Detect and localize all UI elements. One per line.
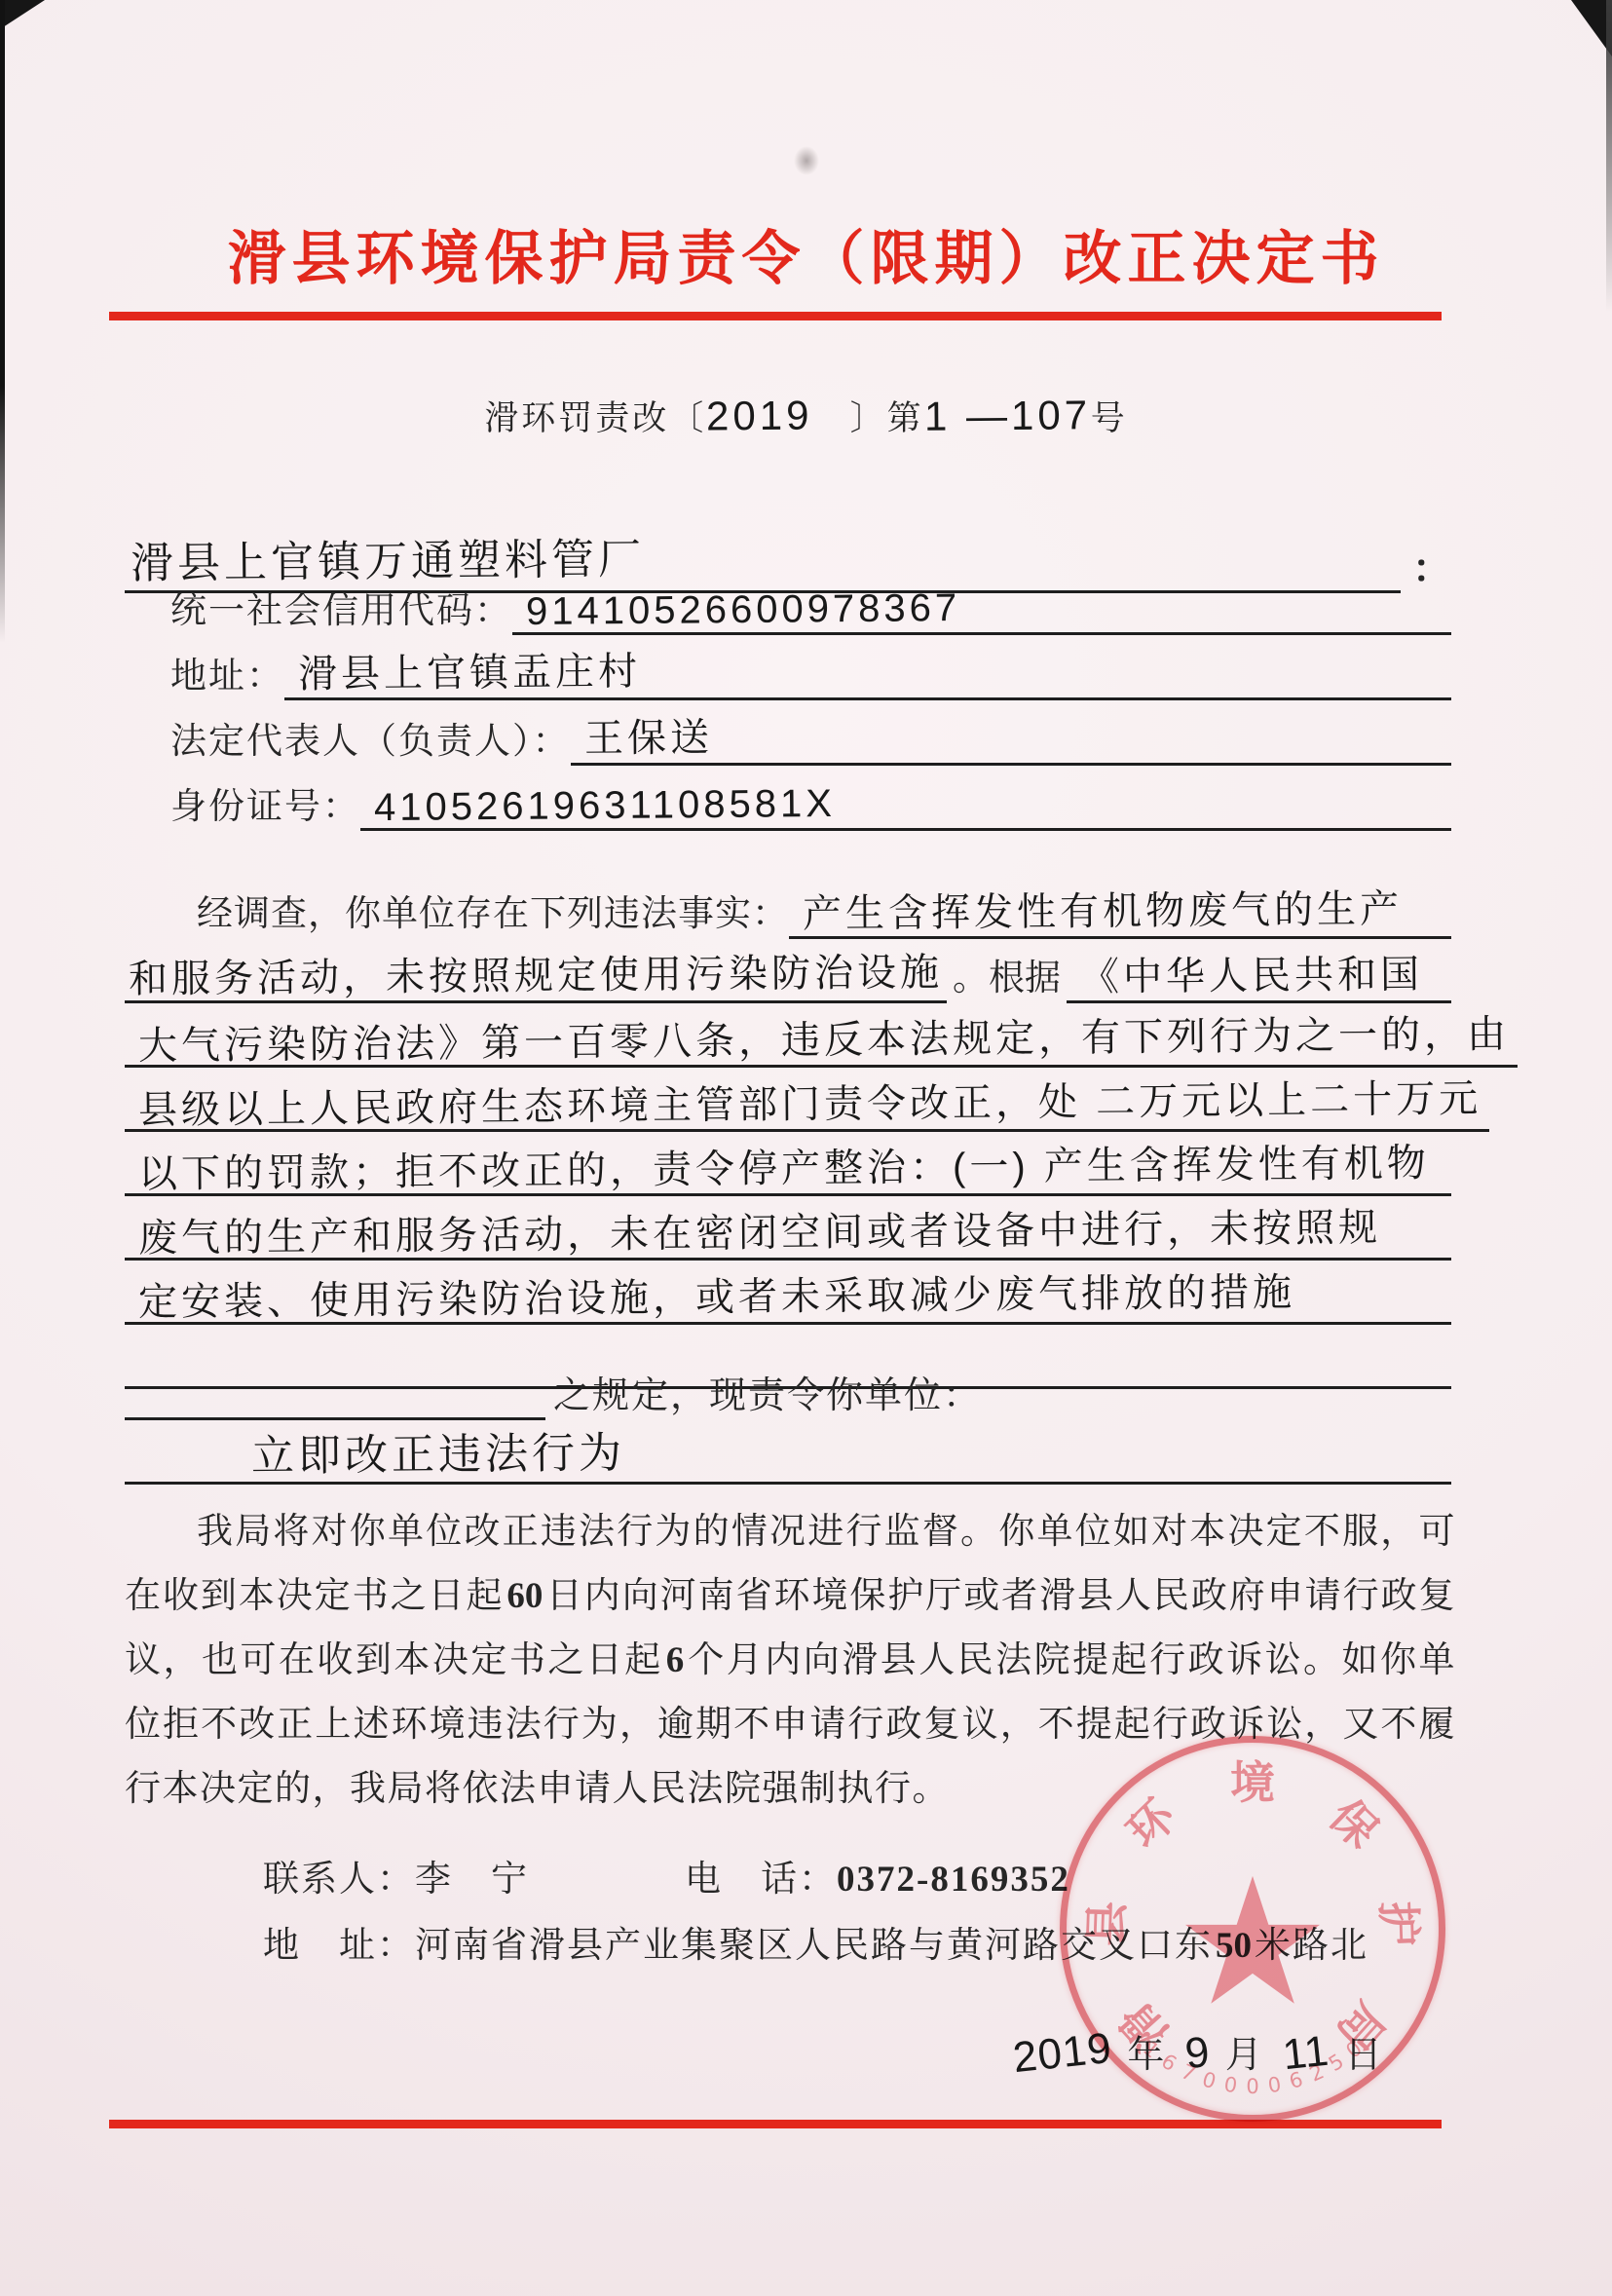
contact-address-label: 地 址：	[263, 1926, 415, 1966]
order-lead-text: 之规定，现责令你单位：	[545, 1365, 982, 1420]
scan-artifact-left-edge	[0, 0, 5, 643]
facts-line-1: 经调查，你单位存在下列违法事实： 产生含挥发性有机物废气的生产	[125, 875, 1451, 939]
facts-line-6: 废气的生产和服务活动，未在密闭空间或者设备中进行，未按照规	[125, 1196, 1451, 1261]
field-value-handwritten: 滑县上官镇盂庄村	[298, 640, 641, 698]
facts-handwritten-3: 大气污染防治法》第一百零八条，违反本法规定，有下列行为之一的，由	[138, 1003, 1510, 1071]
facts-line-3: 大气污染防治法》第一百零八条，违反本法规定，有下列行为之一的，由	[125, 1003, 1451, 1068]
facts-line-4: 县级以上人民政府生态环境主管部门责令改正，处 二万元以上二十万元	[125, 1068, 1451, 1132]
field-label: 统一社会信用代码：	[170, 581, 512, 635]
contact-person-row: 联系人：李 宁电 话：0372-8169352	[263, 1849, 1070, 1901]
field-value-handwritten: 王保送	[583, 706, 712, 763]
facts-line-2: 和服务活动，未按照规定使用污染防治设施 。根据 《中华人民共和国	[125, 939, 1451, 1003]
field-row-id-number: 身份证号： 41052619631108581X	[170, 769, 1451, 831]
stamp-serial-digit: 0	[1243, 2075, 1262, 2098]
facts-handwritten-1: 产生含挥发性有机物废气的生产	[803, 878, 1403, 938]
stamp-arc-char: 县	[1082, 1900, 1131, 1948]
facts-handwritten-2b: 《中华人民共和国	[1080, 943, 1423, 1001]
document-title: 滑县环境保护局责令（限期）改正决定书	[0, 212, 1612, 296]
contact-person-name: 李 宁	[415, 1860, 529, 1900]
stamp-serial-digit: 0	[1263, 2072, 1286, 2098]
notice-months-6: 6	[663, 1640, 688, 1680]
facts-handwritten-2a: 和服务活动，未按照规定使用污染防治设施	[129, 941, 943, 1003]
facts-handwritten-6: 废气的生产和服务活动，未在密闭空间或者设备中进行，未按照规	[138, 1196, 1381, 1262]
field-row-legal-representative: 法定代表人（负责人）： 王保送	[170, 703, 1451, 766]
stamp-arc-char: 境	[1229, 1759, 1276, 1806]
order-lead-line: 之规定，现责令你单位：	[125, 1356, 1451, 1420]
facts-line-5: 以下的罚款；拒不改正的，责令停产整治：(一) 产生含挥发性有机物	[125, 1132, 1451, 1196]
document-number: 滑环罚责改〔2019 〕第1 —107号	[0, 392, 1612, 440]
field-value-handwritten: 41052619631108581X	[374, 782, 836, 830]
field-value-handwritten: 91410526600978367	[526, 586, 961, 634]
official-stamp: ★ 滑县环境保护局05260000761	[1060, 1736, 1445, 2122]
facts-line-7: 定安装、使用污染防治设施，或者未采取减少废气排放的措施	[125, 1261, 1451, 1325]
field-label: 地址：	[170, 646, 284, 700]
facts-handwritten-4: 县级以上人民政府生态环境主管部门责令改正，处 二万元以上二十万元	[138, 1068, 1482, 1135]
contact-phone-label: 电 话：	[685, 1860, 837, 1900]
field-row-credit-code: 统一社会信用代码： 91410526600978367	[170, 573, 1451, 635]
stamp-serial-digit: 0	[1219, 2072, 1242, 2098]
facts-printed-2: 。根据	[947, 948, 1067, 1003]
doc-number-close: 〕第	[813, 399, 924, 437]
facts-handwritten-5: 以下的罚款；拒不改正的，责令停产整治：(一) 产生含挥发性有机物	[138, 1132, 1430, 1199]
document-page: 滑县环境保护局责令（限期）改正决定书 滑环罚责改〔2019 〕第1 —107号 …	[0, 0, 1612, 2296]
stamp-serial-digit: 0	[1196, 2066, 1221, 2094]
facts-handwritten-7: 定安装、使用污染防治设施，或者未采取减少废气排放的措施	[138, 1261, 1295, 1327]
stamp-star-icon: ★	[1174, 1856, 1331, 2031]
scan-artifact-top-left	[0, 0, 45, 29]
order-handwritten-text: 立即改正违法行为	[251, 1417, 626, 1483]
contact-person-label: 联系人：	[263, 1860, 415, 1900]
facts-paragraph: 经调查，你单位存在下列违法事实： 产生含挥发性有机物废气的生产 和服务活动，未按…	[125, 875, 1451, 1389]
title-divider	[109, 312, 1442, 320]
doc-number-prefix: 滑环罚责改〔	[484, 399, 706, 437]
field-row-address: 地址： 滑县上官镇盂庄村	[170, 638, 1451, 700]
contact-phone-number: 0372-8169352	[837, 1860, 1070, 1900]
scan-smudge	[794, 146, 819, 175]
doc-number-year-handwritten: 2019	[706, 393, 813, 440]
stamp-arc-char: 护	[1374, 1900, 1423, 1948]
doc-number-suffix: 号	[1091, 399, 1128, 437]
facts-intro: 经调查，你单位存在下列违法事实：	[125, 884, 789, 939]
stamp-arc-char: 保	[1321, 1790, 1387, 1857]
notice-days-60: 60	[504, 1576, 545, 1616]
order-handwritten-line: 立即改正违法行为	[125, 1420, 1451, 1485]
field-label: 身份证号：	[170, 776, 360, 831]
field-label: 法定代表人（负责人）：	[170, 711, 571, 766]
doc-number-serial-handwritten: 1 —107	[923, 392, 1091, 439]
